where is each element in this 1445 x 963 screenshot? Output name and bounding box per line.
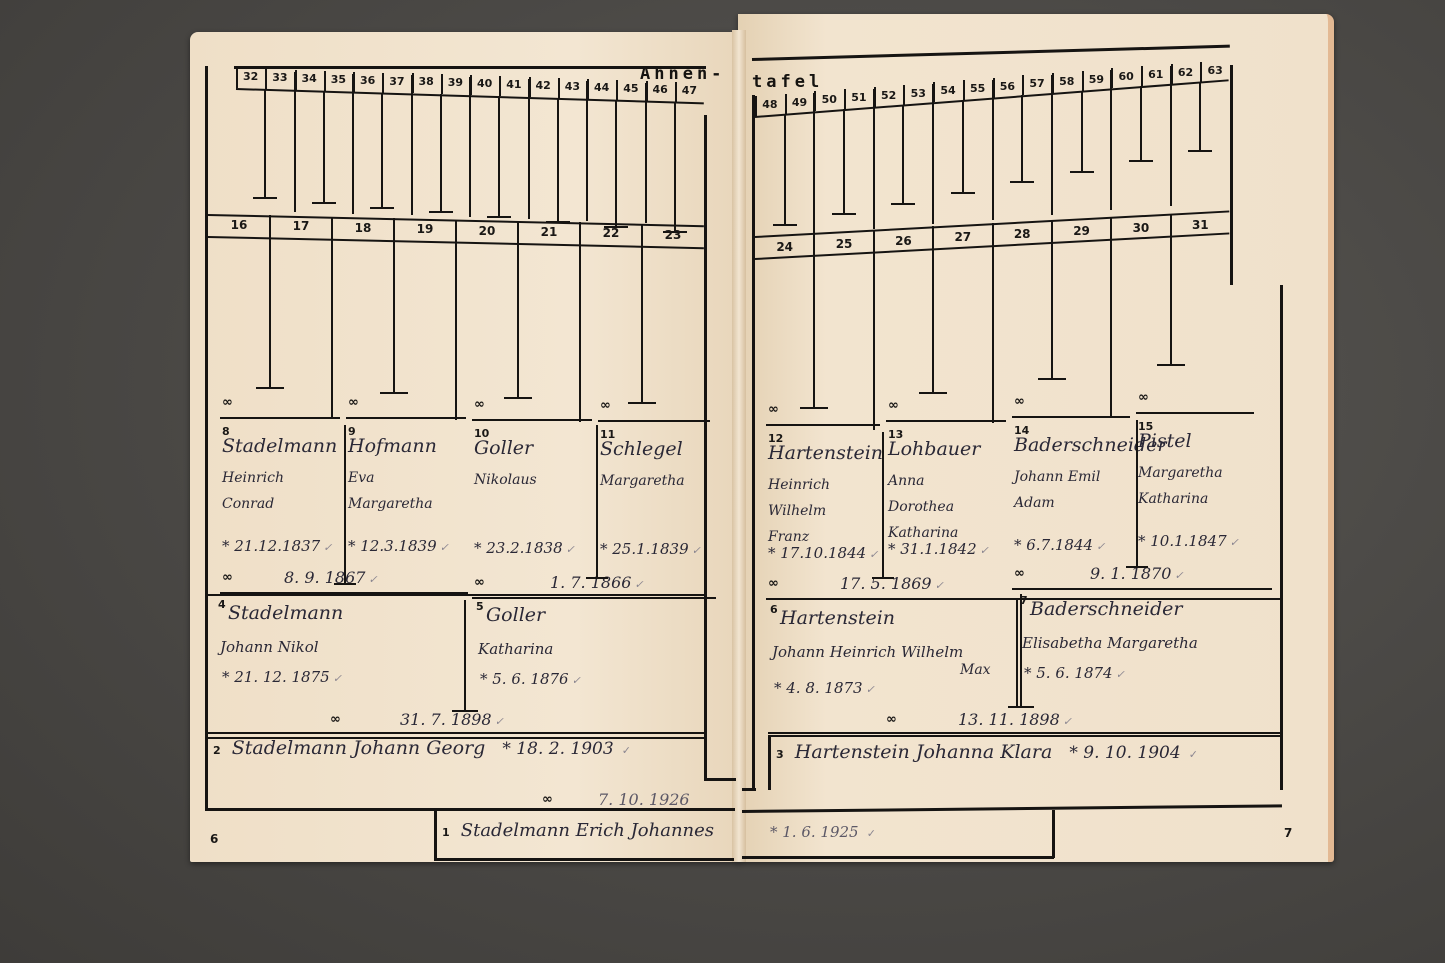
cell-divider [616,80,618,100]
ancestor-number-27: 27 [933,230,992,244]
pedigree-stem [932,250,934,392]
gen5-divider [641,224,643,248]
gen4-top-rule [346,417,466,419]
person-5-given-name: Katharina [478,636,553,662]
ancestor-number-56: 56 [993,80,1023,93]
cell-divider [324,71,326,91]
person-14-birth: * 6.7.1844✓ [1014,536,1105,554]
pedigree-tee [628,402,656,404]
person-3: 3 Hartenstein Johanna Klara * 9. 10. 190… [776,741,1198,763]
cell-divider [265,69,267,89]
gen1-box-left [434,810,437,860]
ancestor-number-63: 63 [1200,64,1230,77]
ancestor-number-23: 23 [642,228,704,242]
gen5-divider [813,233,815,257]
pair-separator [813,93,815,233]
pedigree-stem [1136,420,1138,566]
gen3-marriage-rule [208,732,704,734]
gen1-box-bottom-right [742,856,1054,859]
gen2-divider-right [768,735,1280,737]
check-icon: ✓ [869,548,878,561]
cell-divider [1141,66,1143,86]
ancestor-number-24: 24 [755,240,814,254]
pair-separator [528,79,530,219]
pedigree-tee [1010,181,1034,183]
pedigree-stem [1140,86,1142,160]
ancestor-number-43: 43 [558,80,587,93]
pedigree-tee [872,577,894,579]
person-11-surname: Schlegel [600,438,683,460]
person-10-birth: * 23.2.1838✓ [474,539,575,557]
pedigree-tee [334,583,356,585]
person-9-birth: * 12.3.1839✓ [348,537,449,555]
gen5-divider [517,221,519,245]
check-icon: ✓ [935,579,944,592]
person-1-number: 1 [442,826,450,839]
ancestor-number-21: 21 [518,225,580,239]
ancestor-number-29: 29 [1052,224,1111,238]
pedigree-tee [1157,364,1185,366]
gen4-top-rule [1012,416,1130,418]
pedigree-tee [586,577,608,579]
cell-divider [963,80,965,100]
gen5-divider [331,217,333,417]
pedigree-tee [256,387,284,389]
cell-divider [785,94,787,114]
person-4-surname: Stadelmann [228,602,343,624]
pedigree-tee [832,213,856,215]
person-1-name: Stadelmann Erich Johannes [461,820,714,841]
gen2-box-right-left-edge [768,735,771,790]
cell-divider [1082,71,1084,91]
check-icon: ✓ [495,715,504,728]
person-14-given-name: Johann Emil [1014,464,1100,490]
gen5-divider [932,226,934,250]
person-3-number: 3 [776,748,784,761]
marriage-symbol: ∞ [474,397,485,412]
person-13-birth: * 31.1.1842✓ [888,540,989,558]
person-13-given-name: Dorothea [888,494,954,520]
check-icon: ✓ [867,827,876,840]
gen5-divider [1170,214,1172,238]
person-8-surname: Stadelmann [222,435,337,457]
gen4-top-rule [220,417,340,419]
check-icon: ✓ [1116,668,1125,681]
ancestor-number-17: 17 [270,219,332,233]
check-icon: ✓ [1189,748,1198,761]
person-11-birth: * 25.1.1839✓ [600,540,701,558]
person-1: 1 Stadelmann Erich Johannes [442,820,714,841]
marriage-symbol: ∞ [600,398,611,413]
marriage-symbol: ∞ [888,398,899,413]
check-icon: ✓ [622,744,631,757]
ancestor-number-59: 59 [1082,73,1112,86]
person-6-given-name: Johann Heinrich Wilhelm [772,639,963,665]
person-4-number: 4 [218,598,226,611]
person-12-birth: * 17.10.1844✓ [768,544,878,562]
pedigree-stem [1199,82,1201,150]
person-9-given-name: Margaretha [348,491,433,517]
ancestor-number-54: 54 [933,84,963,97]
pedigree-tee [312,202,336,204]
gen4-marriage-rule [1012,588,1272,590]
person-5-birth: * 5. 6. 1876✓ [480,670,581,688]
person-7-surname: Baderschneider [1030,598,1182,620]
pedigree-stem [1170,238,1172,364]
frame-top-left [234,66,706,69]
marriage-symbol: ∞ [768,402,779,417]
pedigree-tee [1070,171,1094,173]
ancestor-number-25: 25 [814,237,873,251]
person-15-birth: * 10.1.1847✓ [1138,532,1239,550]
person-3-birth: * 9. 10. 1904 [1069,743,1180,763]
ancestor-number-50: 50 [814,93,844,106]
person-12-given-name: Heinrich [768,472,830,498]
pedigree-stem [641,248,643,402]
marriage-symbol: ∞ [222,395,233,410]
ancestor-number-53: 53 [903,87,933,100]
check-icon: ✓ [368,573,377,586]
pedigree-stem [323,91,325,202]
pedigree-stem [440,94,442,211]
check-icon: ✓ [333,672,342,685]
pair-separator [294,72,296,212]
check-icon: ✓ [572,674,581,687]
frame-notch [704,778,736,781]
person-15-surname: Pistel [1138,430,1192,452]
pedigree-tee [891,203,915,205]
check-icon: ✓ [1096,540,1105,553]
pedigree-stem [882,432,884,577]
marriage-symbol: ∞ [348,395,359,410]
ancestor-number-32: 32 [236,70,265,83]
pair-separator [1110,70,1112,210]
person-6-surname: Hartenstein [780,607,895,629]
marriage-date-gen4-0: 8. 9. 1867✓ [284,568,378,587]
person-9-given-name: Eva [348,465,374,491]
marriage-symbol: ∞ [222,570,233,585]
cell-divider [382,73,384,93]
marriage-date-gen2: 7. 10. 1926 [598,790,690,809]
cell-divider [755,96,757,116]
pedigree-tee [487,216,511,218]
check-icon: ✓ [866,683,875,696]
person-4-given-name: Johann Nikol [220,634,319,660]
pair-separator [469,77,471,217]
person-7-birth: * 5. 6. 1874✓ [1024,664,1125,682]
pair-separator [873,89,875,229]
ancestor-number-22: 22 [580,226,642,240]
person-8-given-name: Heinrich [222,465,284,491]
pedigree-tee [951,192,975,194]
ancestor-number-19: 19 [394,222,456,236]
person-13-given-name: Anna [888,468,925,494]
pedigree-stem [1081,91,1083,171]
ancestor-number-55: 55 [963,82,993,95]
person-2-name: Stadelmann Johann Georg [232,737,486,759]
person-2-birth: * 18. 2. 1903 [502,739,613,759]
pair-separator [992,80,994,220]
marriage-symbol-gen2: ∞ [542,792,553,807]
person-9-surname: Hofmann [348,435,437,457]
pedigree-stem [517,245,519,397]
cell-divider [844,89,846,109]
person-7-given-name: Elisabetha Margaretha [1022,630,1198,656]
ancestor-number-44: 44 [587,81,616,94]
gen4-top-rule [886,420,1006,422]
gen3-top-rule-left [208,594,704,596]
ancestor-number-31: 31 [1171,218,1230,232]
ancestor-number-33: 33 [265,71,294,84]
pedigree-tee [1129,160,1153,162]
pair-separator [1170,66,1172,206]
cell-divider [1200,62,1202,82]
marriage-date-gen3-1: 13. 11. 1898✓ [958,710,1072,729]
title-tafel: tafel [752,72,823,92]
pedigree-stem [393,242,395,392]
ancestor-number-37: 37 [382,75,411,88]
marriage-symbol: ∞ [330,712,341,727]
person-8-birth: * 21.12.1837✓ [222,537,332,555]
pedigree-tee [1038,378,1066,380]
check-icon: ✓ [323,541,332,554]
pedigree-stem [1021,95,1023,181]
person-11-given-name: Margaretha [600,468,685,494]
marriage-date-gen3-0: 31. 7. 1898✓ [400,710,504,729]
book-spine [732,30,746,862]
ancestor-number-36: 36 [353,74,382,87]
pair-separator [932,84,934,224]
pedigree-stem [264,89,266,197]
person-15-given-name: Katharina [1138,486,1208,512]
gen5-divider [1110,217,1112,417]
frame-right-left-page [704,115,707,780]
frame-right-upper [1230,65,1233,285]
gen3-marriage-rule [768,732,1280,734]
person-6-given-name-2: Max [960,657,991,683]
gen4-marriage-rule [472,597,716,599]
ancestor-number-58: 58 [1052,75,1082,88]
person-6-number: 6 [770,603,778,616]
gen3-top-rule-right [768,598,1280,600]
frame-notch-right [742,788,756,791]
person-12-surname: Hartenstein [768,442,883,464]
pedigree-tee [253,197,277,199]
person-12-given-name: Wilhelm [768,498,826,524]
ancestor-number-40: 40 [470,77,499,90]
ancestor-number-41: 41 [499,78,528,91]
pedigree-tee [370,207,394,209]
ancestor-number-16: 16 [208,218,270,232]
pedigree-stem [596,425,598,577]
person-3-name: Hartenstein Johanna Klara [795,741,1053,763]
check-icon: ✓ [980,544,989,557]
pedigree-tee [380,392,408,394]
ancestor-number-60: 60 [1111,70,1141,83]
ancestor-number-45: 45 [616,82,645,95]
pedigree-stem [813,257,815,407]
pair-separator [352,74,354,214]
ancestor-number-42: 42 [529,79,558,92]
pedigree-tee [919,392,947,394]
pair-separator [1051,75,1053,215]
ancestor-number-48: 48 [755,98,785,111]
frame-left-right-page [752,95,755,790]
person-1-birth: * 1. 6. 1925 [770,823,859,841]
person-6-birth: * 4. 8. 1873✓ [774,679,875,697]
pedigree-stem [1051,244,1053,378]
gen1-box-right [1052,810,1055,858]
gen4-top-rule [472,419,592,421]
check-icon: ✓ [566,543,575,556]
pedigree-stem [498,96,500,216]
gen5-divider [1051,220,1053,244]
page-number-right: 7 [1284,826,1292,840]
pedigree-stem [464,600,466,710]
ancestor-number-62: 62 [1171,66,1201,79]
marriage-symbol: ∞ [474,575,485,590]
cell-divider [1022,75,1024,95]
pedigree-stem [674,102,676,231]
ancestor-number-34: 34 [295,72,324,85]
ancestor-number-18: 18 [332,221,394,235]
pedigree-stem [615,100,617,226]
ancestor-number-47: 47 [675,84,704,97]
ancestor-number-20: 20 [456,224,518,238]
gen5-divider [579,222,581,422]
pair-separator [411,75,413,215]
ancestor-number-39: 39 [441,76,470,89]
ancestor-number-26: 26 [874,234,933,248]
cell-divider [903,85,905,105]
pedigree-stem [843,109,845,213]
marriage-symbol: ∞ [886,712,897,727]
person-10-given-name: Nikolaus [474,467,537,493]
pedigree-tee [1126,566,1148,568]
pedigree-tee [429,211,453,213]
cell-divider [499,76,501,96]
pedigree-tee [1188,150,1212,152]
pedigree-stem [784,114,786,224]
pedigree-stem [902,105,904,203]
ancestor-number-61: 61 [1141,68,1171,81]
ancestor-number-52: 52 [874,89,904,102]
ancestor-number-49: 49 [785,96,815,109]
pedigree-stem [962,100,964,192]
frame-left [205,66,208,811]
check-icon: ✓ [1230,536,1239,549]
ancestor-number-35: 35 [324,73,353,86]
cell-divider [441,74,443,94]
gen4-top-rule [1136,412,1254,414]
check-icon: ✓ [1174,569,1183,582]
marriage-symbol: ∞ [768,576,779,591]
marriage-symbol: ∞ [1014,394,1025,409]
ancestor-number-46: 46 [646,83,675,96]
pedigree-stem [269,239,271,387]
pedigree-tee [1008,706,1034,708]
marriage-symbol: ∞ [1014,566,1025,581]
pedigree-stem [344,425,346,583]
cell-divider [558,78,560,98]
pedigree-tee [773,224,797,226]
check-icon: ✓ [440,541,449,554]
person-8-given-name: Conrad [222,491,274,517]
marriage-symbol: ∞ [1138,390,1149,405]
pedigree-stem [1020,594,1022,706]
gen4-top-rule [598,420,710,422]
person-1-birth-wrap: * 1. 6. 1925 ✓ [770,822,876,841]
cell-divider [236,68,238,88]
gen5-divider [455,220,457,420]
gen5-divider [873,230,875,430]
check-icon: ✓ [692,544,701,557]
person-2: 2 Stadelmann Johann Georg * 18. 2. 1903 … [213,737,631,759]
gen4-top-rule [766,424,880,426]
pair-separator [645,83,647,223]
check-icon: ✓ [634,578,643,591]
cell-divider [675,82,677,102]
check-icon: ✓ [1063,715,1072,728]
person-5-number: 5 [476,600,484,613]
gen5-divider [393,218,395,242]
person-14-given-name: Adam [1014,490,1055,516]
pedigree-stem [557,98,559,221]
gen3-right-divider [1016,598,1018,708]
gen5-divider [992,223,994,423]
person-13-surname: Lohbauer [888,438,980,460]
ancestor-number-38: 38 [412,75,441,88]
person-15-given-name: Margaretha [1138,460,1223,486]
ancestor-number-57: 57 [1022,77,1052,90]
person-4-birth: * 21. 12. 1875✓ [222,668,342,686]
ancestor-number-28: 28 [993,227,1052,241]
pedigree-tee [800,407,828,409]
ancestor-number-30: 30 [1111,221,1170,235]
pair-separator [586,81,588,221]
ancestor-number-51: 51 [844,91,874,104]
pedigree-stem [381,93,383,207]
person-5-surname: Goller [486,604,545,626]
person-2-number: 2 [213,744,221,757]
frame-right [1280,285,1283,790]
gen5-divider [269,215,271,239]
gen1-box-bottom-left [434,858,734,861]
pedigree-tee [504,397,532,399]
page-number-left: 6 [210,832,218,846]
person-10-surname: Goller [474,437,533,459]
